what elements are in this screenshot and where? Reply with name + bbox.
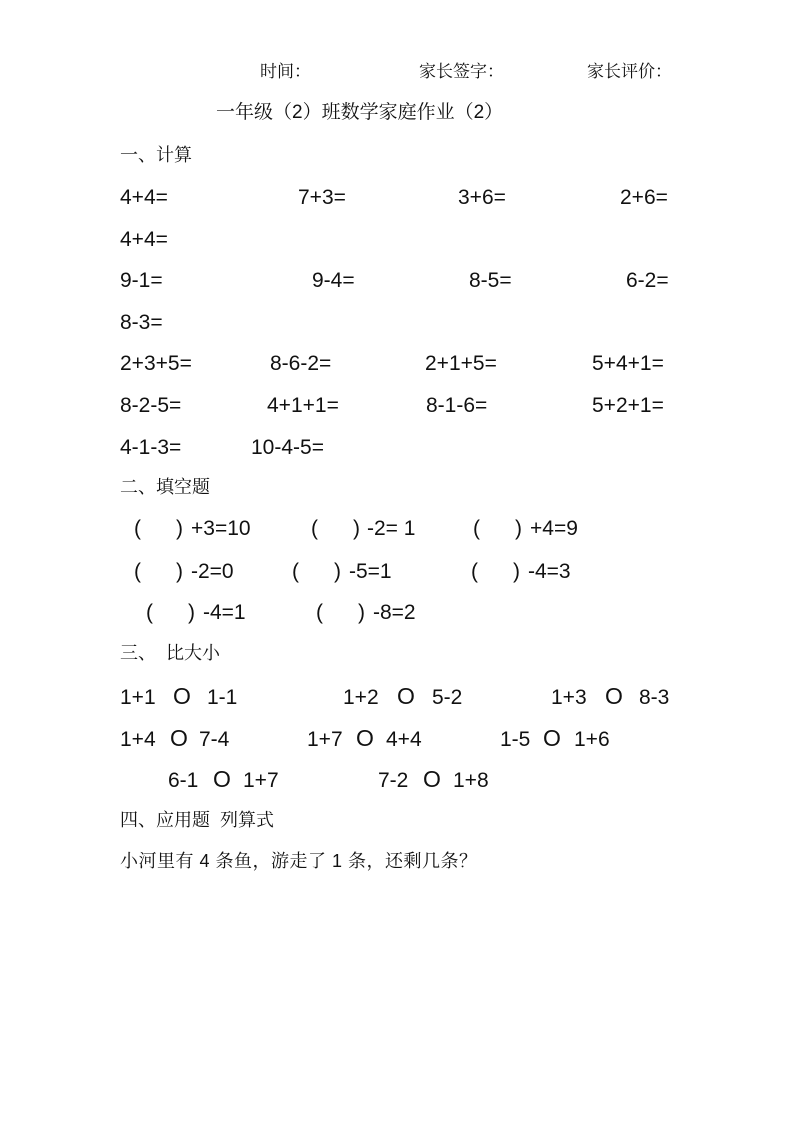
calc-item: 2+6= [620,187,668,208]
page-title: 一年级（2）班数学家庭作业（2） [216,103,503,122]
compare-left: 1+2 [343,687,379,708]
time-label: 时间： [260,63,311,80]
compare-right: 1+7 [243,770,279,791]
calc-item: 5+4+1= [592,353,664,374]
calc-item: 9-1= [120,270,163,291]
compare-right: 8-3 [639,687,669,708]
compare-left: 7-2 [378,770,408,791]
calc-item: 2+3+5= [120,353,192,374]
calc-item: 10-4-5= [251,437,324,458]
fill-blank[interactable]: ( ) [473,518,522,539]
calc-item: 4+1+1= [267,395,339,416]
compare-left: 1+3 [551,687,587,708]
calc-item: 8-1-6= [426,395,487,416]
calc-item: 8-2-5= [120,395,181,416]
compare-right: 1+6 [574,729,610,750]
calc-item: 9-4= [312,270,355,291]
compare-circle-icon[interactable]: O [397,685,415,708]
compare-right: 5-2 [432,687,462,708]
fill-blank[interactable]: ( ) [134,561,183,582]
compare-left: 1-5 [500,729,530,750]
compare-circle-icon[interactable]: O [605,685,623,708]
fill-expression: -8=2 [373,602,416,623]
calc-item: 2+1+5= [425,353,497,374]
calc-item: 8-6-2= [270,353,331,374]
fill-expression: -5=1 [349,561,392,582]
fill-expression: +3=10 [191,518,251,539]
calc-item: 4-1-3= [120,437,181,458]
word-problem-text: 小河里有 4 条鱼，游走了 1 条，还剩几条？ [120,852,478,870]
calc-item: 8-3= [120,312,163,333]
compare-right: 1+8 [453,770,489,791]
fill-blank[interactable]: ( ) [134,518,183,539]
section-heading-compare: 三、 比大小 [120,644,220,662]
section-heading-word-problem: 四、应用题 列算式 [120,811,274,829]
compare-circle-icon[interactable]: O [423,768,441,791]
compare-left: 1+4 [120,729,156,750]
calc-item: 3+6= [458,187,506,208]
calc-item: 7+3= [298,187,346,208]
calc-item: 8-5= [469,270,512,291]
compare-right: 4+4 [386,729,422,750]
calc-item: 6-2= [626,270,669,291]
compare-circle-icon[interactable]: O [356,727,374,750]
fill-blank[interactable]: ( ) [471,561,520,582]
calc-item: 4+4= [120,187,168,208]
calc-item: 4+4= [120,229,168,250]
fill-blank[interactable]: ( ) [311,518,360,539]
fill-blank[interactable]: ( ) [146,602,195,623]
parent-signature-label: 家长签字： [419,63,504,80]
fill-expression: -2=0 [191,561,234,582]
fill-expression: -4=1 [203,602,246,623]
compare-right: 7-4 [199,729,229,750]
fill-expression: -4=3 [528,561,571,582]
compare-left: 1+7 [307,729,343,750]
compare-circle-icon[interactable]: O [170,727,188,750]
compare-circle-icon[interactable]: O [173,685,191,708]
section-heading-fill: 二、填空题 [120,478,210,496]
fill-blank[interactable]: ( ) [316,602,365,623]
fill-blank[interactable]: ( ) [292,561,341,582]
compare-circle-icon[interactable]: O [543,727,561,750]
fill-expression: -2= 1 [367,518,415,539]
section-heading-calc: 一、计算 [120,146,192,164]
calc-item: 5+2+1= [592,395,664,416]
compare-left: 6-1 [168,770,198,791]
compare-right: 1-1 [207,687,237,708]
fill-expression: +4=9 [530,518,578,539]
parent-evaluation-label: 家长评价： [587,63,672,80]
compare-circle-icon[interactable]: O [213,768,231,791]
compare-left: 1+1 [120,687,156,708]
